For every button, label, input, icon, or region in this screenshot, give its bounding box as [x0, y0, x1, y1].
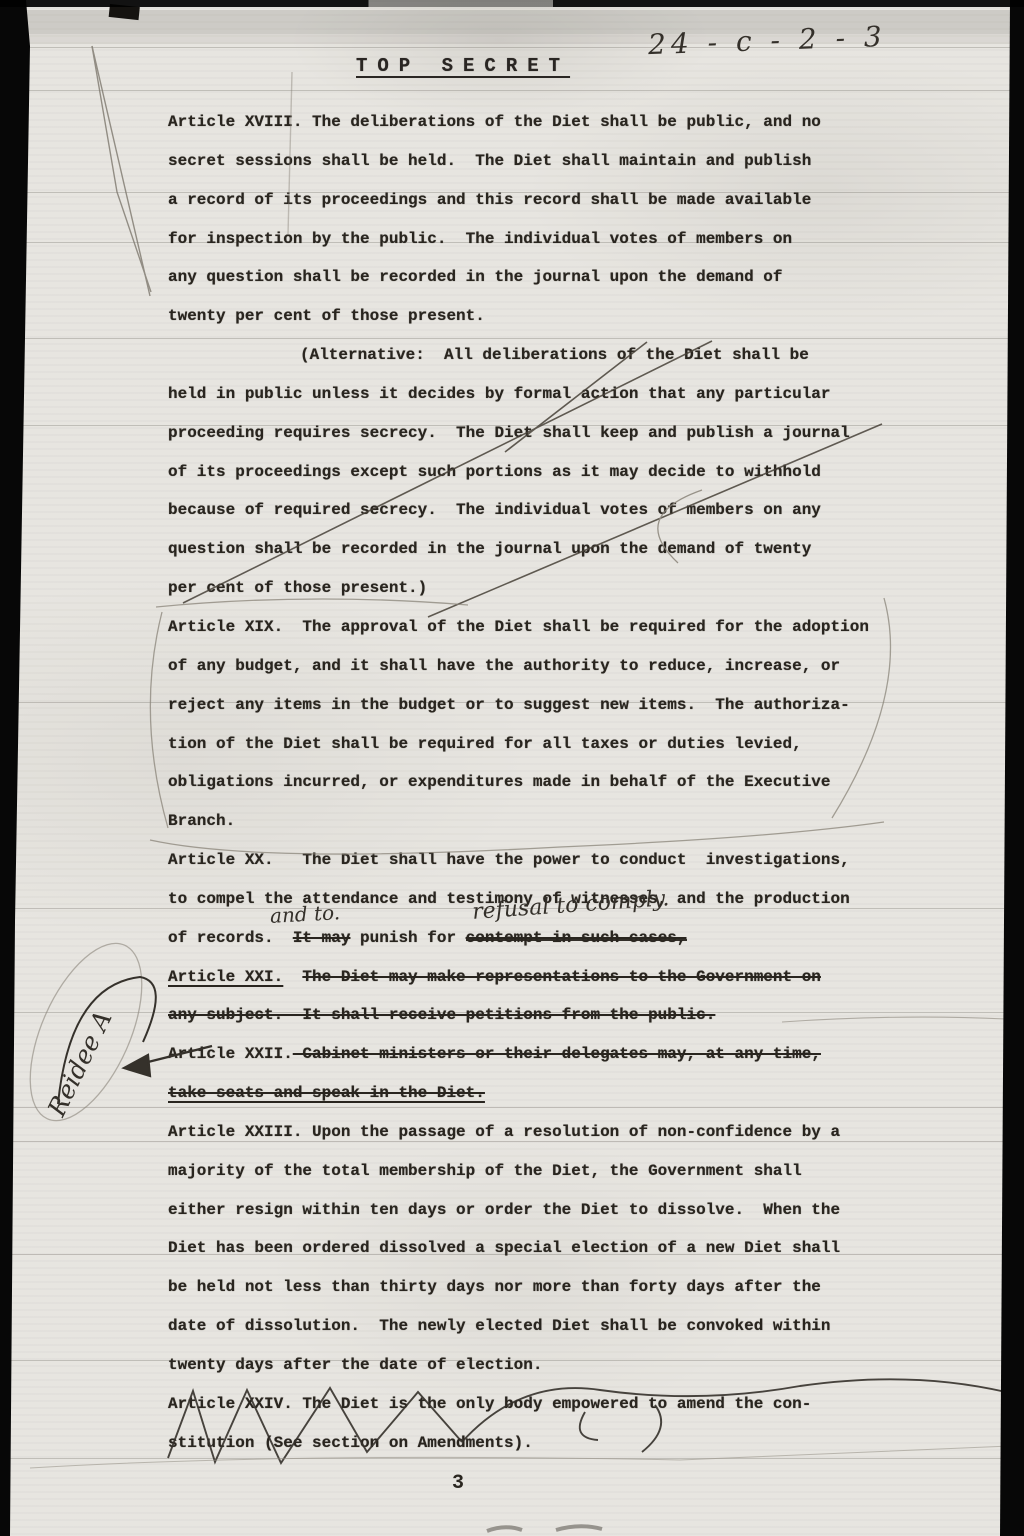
text-line: take seats and speak in the Diet.	[168, 1074, 958, 1113]
text-line: Article XIX. The approval of the Diet sh…	[168, 608, 958, 647]
text-segment: be held not less than thirty days nor mo…	[168, 1278, 821, 1296]
text-line: secret sessions shall be held. The Diet …	[168, 142, 958, 181]
text-segment: Article XX. The Diet shall have the powe…	[168, 851, 850, 869]
text-segment: Article XVIII. The deliberations of the …	[168, 113, 821, 131]
text-line: question shall be recorded in the journa…	[168, 530, 958, 569]
text-line: majority of the total membership of the …	[168, 1152, 958, 1191]
text-segment: reject any items in the budget or to sug…	[168, 696, 850, 714]
text-segment: held in public unless it decides by form…	[168, 385, 831, 403]
text-segment: for inspection by the public. The indivi…	[168, 230, 792, 248]
text-line: proceeding requires secrecy. The Diet sh…	[168, 414, 958, 453]
text-line: held in public unless it decides by form…	[168, 375, 958, 414]
text-line: obligations incurred, or expenditures ma…	[168, 763, 958, 802]
text-segment: of records.	[168, 929, 293, 947]
text-line: Branch.	[168, 802, 958, 841]
text-line: Article XXI. The Diet may make represent…	[168, 958, 958, 997]
scan-edge-top	[0, 0, 1024, 7]
struck-text-segment: take seats and speak in the Diet.	[168, 1084, 485, 1102]
text-line: per cent of those present.)	[168, 569, 958, 608]
struck-text-segment: contempt in such cases,	[466, 929, 687, 947]
text-line: a record of its proceedings and this rec…	[168, 181, 958, 220]
text-line: for inspection by the public. The indivi…	[168, 220, 958, 259]
text-line: date of dissolution. The newly elected D…	[168, 1307, 958, 1346]
text-line: Diet has been ordered dissolved a specia…	[168, 1229, 958, 1268]
text-segment: any question shall be recorded in the jo…	[168, 268, 783, 286]
text-line: Article XXII. Cabinet ministers or their…	[168, 1035, 958, 1074]
text-segment: obligations incurred, or expenditures ma…	[168, 773, 831, 791]
text-line: of any budget, and it shall have the aut…	[168, 647, 958, 686]
text-line: Article XVIII. The deliberations of the …	[168, 103, 958, 142]
scanned-document-page: { "document": { "classification": "TOP S…	[0, 0, 1024, 1536]
handwritten-insert-and-to: and to.	[269, 900, 340, 928]
struck-text-segment: The Diet may make representations to the…	[302, 968, 820, 986]
text-line: tion of the Diet shall be required for a…	[168, 725, 958, 764]
text-segment: Article XIX. The approval of the Diet sh…	[168, 618, 869, 636]
text-segment: Branch.	[168, 812, 235, 830]
text-segment: either resign within ten days or order t…	[168, 1201, 840, 1219]
text-line: Article XX. The Diet shall have the powe…	[168, 841, 958, 880]
text-line: twenty days after the date of election.	[168, 1346, 958, 1385]
margin-signature: Reidee A	[42, 1006, 118, 1120]
text-segment: (Alternative: All deliberations of the D…	[300, 346, 809, 364]
text-segment: twenty per cent of those present.	[168, 307, 485, 325]
scan-edge-left	[0, 0, 30, 1536]
scan-edge-right	[994, 0, 1024, 1536]
text-line: any subject. It shall receive petitions …	[168, 996, 958, 1035]
text-line: stitution (See section on Amendments).	[168, 1424, 958, 1463]
text-line: be held not less than thirty days nor mo…	[168, 1268, 958, 1307]
text-segment: Diet has been ordered dissolved a specia…	[168, 1239, 840, 1257]
text-segment	[283, 968, 302, 986]
text-segment: proceeding requires secrecy. The Diet sh…	[168, 424, 850, 442]
classification-header: TOP SECRET	[356, 55, 570, 77]
text-line: of its proceedings except such portions …	[168, 453, 958, 492]
text-line: twenty per cent of those present.	[168, 297, 958, 336]
struck-text-segment: any subject. It shall receive petitions …	[168, 1006, 715, 1024]
text-segment: Article XXIV. The Diet is the only body …	[168, 1395, 811, 1413]
text-segment: secret sessions shall be held. The Diet …	[168, 152, 811, 170]
text-segment: majority of the total membership of the …	[168, 1162, 802, 1180]
text-segment: question shall be recorded in the journa…	[168, 540, 811, 558]
document-body: Article XVIII. The deliberations of the …	[168, 103, 958, 1463]
text-segment: of its proceedings except such portions …	[168, 463, 821, 481]
text-segment: stitution (See section on Amendments).	[168, 1434, 533, 1452]
struck-text-segment: Cabinet ministers or their delegates may…	[293, 1045, 821, 1063]
text-line: any question shall be recorded in the jo…	[168, 258, 958, 297]
text-line: reject any items in the budget or to sug…	[168, 686, 958, 725]
text-segment: punish for	[350, 929, 465, 947]
text-line: Article XXIV. The Diet is the only body …	[168, 1385, 958, 1424]
text-line: Article XXIII. Upon the passage of a res…	[168, 1113, 958, 1152]
bottom-smudges	[487, 1526, 602, 1531]
text-segment: twenty days after the date of election.	[168, 1356, 542, 1374]
text-segment: date of dissolution. The newly elected D…	[168, 1317, 831, 1335]
text-line: (Alternative: All deliberations of the D…	[168, 336, 958, 375]
handwritten-corner-code: 24 - c - 2 - 3	[647, 20, 887, 61]
text-segment: a record of its proceedings and this rec…	[168, 191, 811, 209]
text-segment: of any budget, and it shall have the aut…	[168, 657, 840, 675]
text-segment: per cent of those present.)	[168, 579, 427, 597]
text-segment: Article XXIII. Upon the passage of a res…	[168, 1123, 840, 1141]
text-line: because of required secrecy. The individ…	[168, 491, 958, 530]
text-segment: Article XXII.	[168, 1045, 293, 1063]
page-number: 3	[452, 1472, 464, 1495]
text-line: either resign within ten days or order t…	[168, 1191, 958, 1230]
text-segment: tion of the Diet shall be required for a…	[168, 735, 802, 753]
scanline	[0, 90, 1024, 91]
struck-text-segment: It may	[293, 929, 351, 947]
struck-text-segment: Article XXI.	[168, 968, 283, 986]
text-segment: because of required secrecy. The individ…	[168, 501, 821, 519]
